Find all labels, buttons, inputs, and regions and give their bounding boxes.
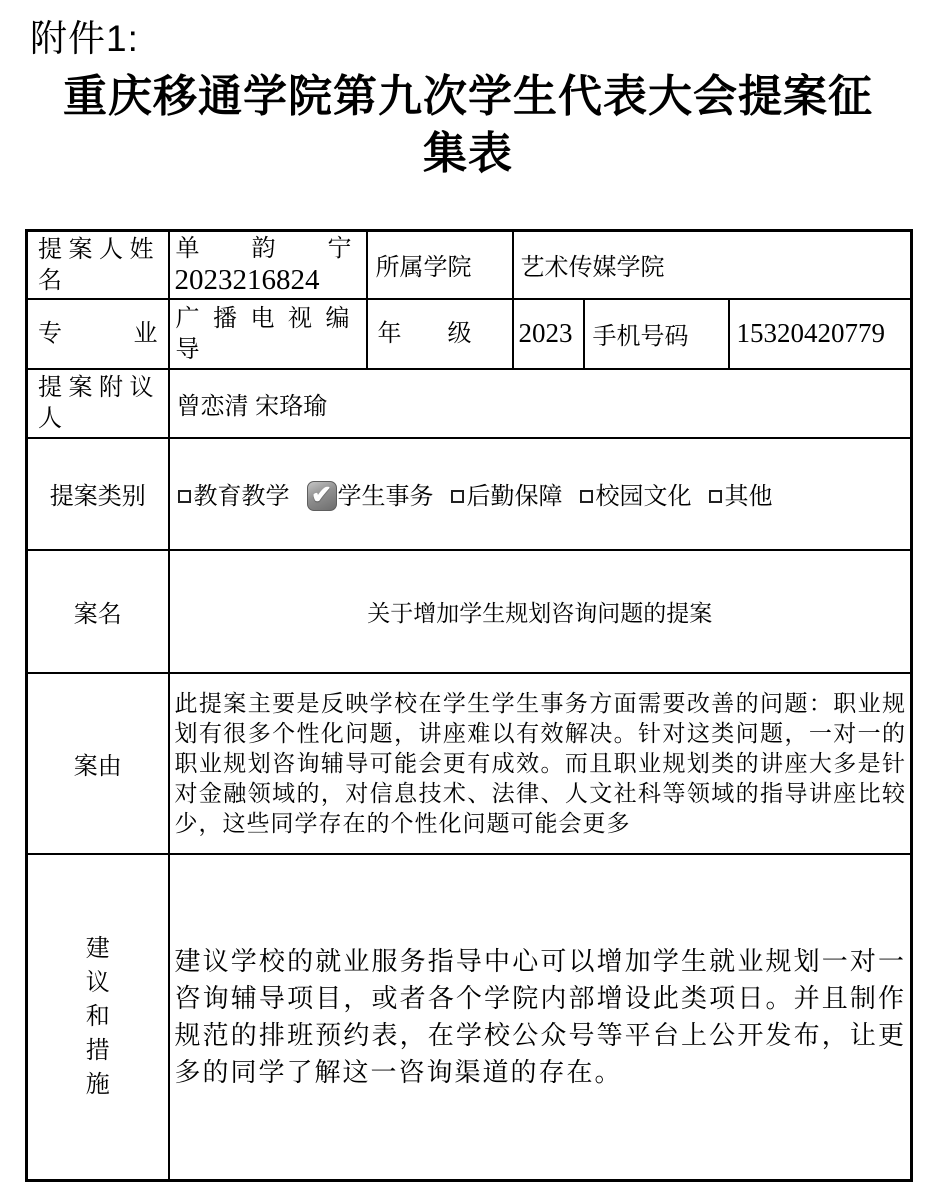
row-case-name: 案名 关于增加学生规划咨询问题的提案 xyxy=(27,550,912,673)
case-name-value: 关于增加学生规划咨询问题的提案 xyxy=(169,550,912,673)
proposer-student-id: 2023216824 xyxy=(170,264,366,296)
suggestions-text: 建议学校的就业服务指导中心可以增加学生就业规划一对一咨询辅导项目，或者各个学院内… xyxy=(170,943,911,1091)
category-option-label: 其他 xyxy=(725,483,773,510)
phone-label: 手机号码 xyxy=(584,299,729,369)
proposer-name-label: 提案人姓名 xyxy=(27,231,169,299)
category-label: 提案类别 xyxy=(27,438,169,550)
seconders-value: 曾恋清 宋珞瑜 xyxy=(169,369,912,438)
checkbox-unchecked-icon[interactable] xyxy=(580,490,593,503)
suggestions-label: 建议和措施 xyxy=(27,854,169,1181)
attachment-label: 附件1: xyxy=(0,0,936,62)
page-title-line2: 集表 xyxy=(423,129,513,178)
category-option-label: 学生事务 xyxy=(338,483,434,510)
page-title-line1: 重庆移通学院第九次学生代表大会提案征 xyxy=(63,72,873,121)
document-page: 附件1: 重庆移通学院第九次学生代表大会提案征集表 提案人姓名 单 韵 宁 20… xyxy=(0,0,936,1188)
row-case-reason: 案由 此提案主要是反映学校在学生学生事务方面需要改善的问题：职业规划有很多个性化… xyxy=(27,673,912,854)
suggestions-cell: 建议学校的就业服务指导中心可以增加学生就业规划一对一咨询辅导项目，或者各个学院内… xyxy=(169,854,912,1181)
college-value: 艺术传媒学院 xyxy=(513,231,912,299)
proposal-form-table: 提案人姓名 单 韵 宁 2023216824 所属学院 艺术传媒学院 专业 广播… xyxy=(25,229,913,1182)
row-category: 提案类别 教育教学学生事务后勤保障校园文化其他 xyxy=(27,438,912,550)
category-option-education: 教育教学 xyxy=(178,476,290,511)
checkbox-checked-icon[interactable] xyxy=(307,481,337,511)
category-option-label: 后勤保障 xyxy=(467,483,563,510)
category-option-other: 其他 xyxy=(709,476,773,511)
checkbox-unchecked-icon[interactable] xyxy=(709,490,722,503)
case-reason-label: 案由 xyxy=(27,673,169,854)
seconders-label: 提案附议人 xyxy=(27,369,169,438)
row-seconders: 提案附议人 曾恋清 宋珞瑜 xyxy=(27,369,912,438)
checkbox-unchecked-icon[interactable] xyxy=(178,490,191,503)
major-value: 广播电视编导 xyxy=(169,299,367,369)
major-label: 专业 xyxy=(27,299,169,369)
grade-label: 年级 xyxy=(367,299,513,369)
case-reason-cell: 此提案主要是反映学校在学生学生事务方面需要改善的问题：职业规划有很多个性化问题，… xyxy=(169,673,912,854)
case-reason-text: 此提案主要是反映学校在学生学生事务方面需要改善的问题：职业规划有很多个性化问题，… xyxy=(170,688,911,838)
category-option-logistics: 后勤保障 xyxy=(451,476,563,511)
category-option-campus-culture: 校园文化 xyxy=(580,476,692,511)
row-suggestions: 建议和措施 建议学校的就业服务指导中心可以增加学生就业规划一对一咨询辅导项目，或… xyxy=(27,854,912,1181)
category-options: 教育教学学生事务后勤保障校园文化其他 xyxy=(169,438,912,550)
grade-value: 2023 xyxy=(513,299,584,369)
category-option-label: 教育教学 xyxy=(194,483,290,510)
row-major-grade-phone: 专业 广播电视编导 年级 2023 手机号码 15320420779 xyxy=(27,299,912,369)
checkbox-unchecked-icon[interactable] xyxy=(451,490,464,503)
category-option-student-affairs: 学生事务 xyxy=(307,476,434,511)
proposer-name: 单 韵 宁 xyxy=(170,234,366,264)
page-title: 重庆移通学院第九次学生代表大会提案征集表 xyxy=(0,68,936,182)
suggestions-label-text: 建议和措施 xyxy=(83,932,113,1102)
phone-value: 15320420779 xyxy=(729,299,912,369)
category-option-label: 校园文化 xyxy=(596,483,692,510)
proposer-name-cell: 单 韵 宁 2023216824 xyxy=(169,231,367,299)
college-label: 所属学院 xyxy=(367,231,513,299)
case-name-label: 案名 xyxy=(27,550,169,673)
row-proposer: 提案人姓名 单 韵 宁 2023216824 所属学院 艺术传媒学院 xyxy=(27,231,912,299)
